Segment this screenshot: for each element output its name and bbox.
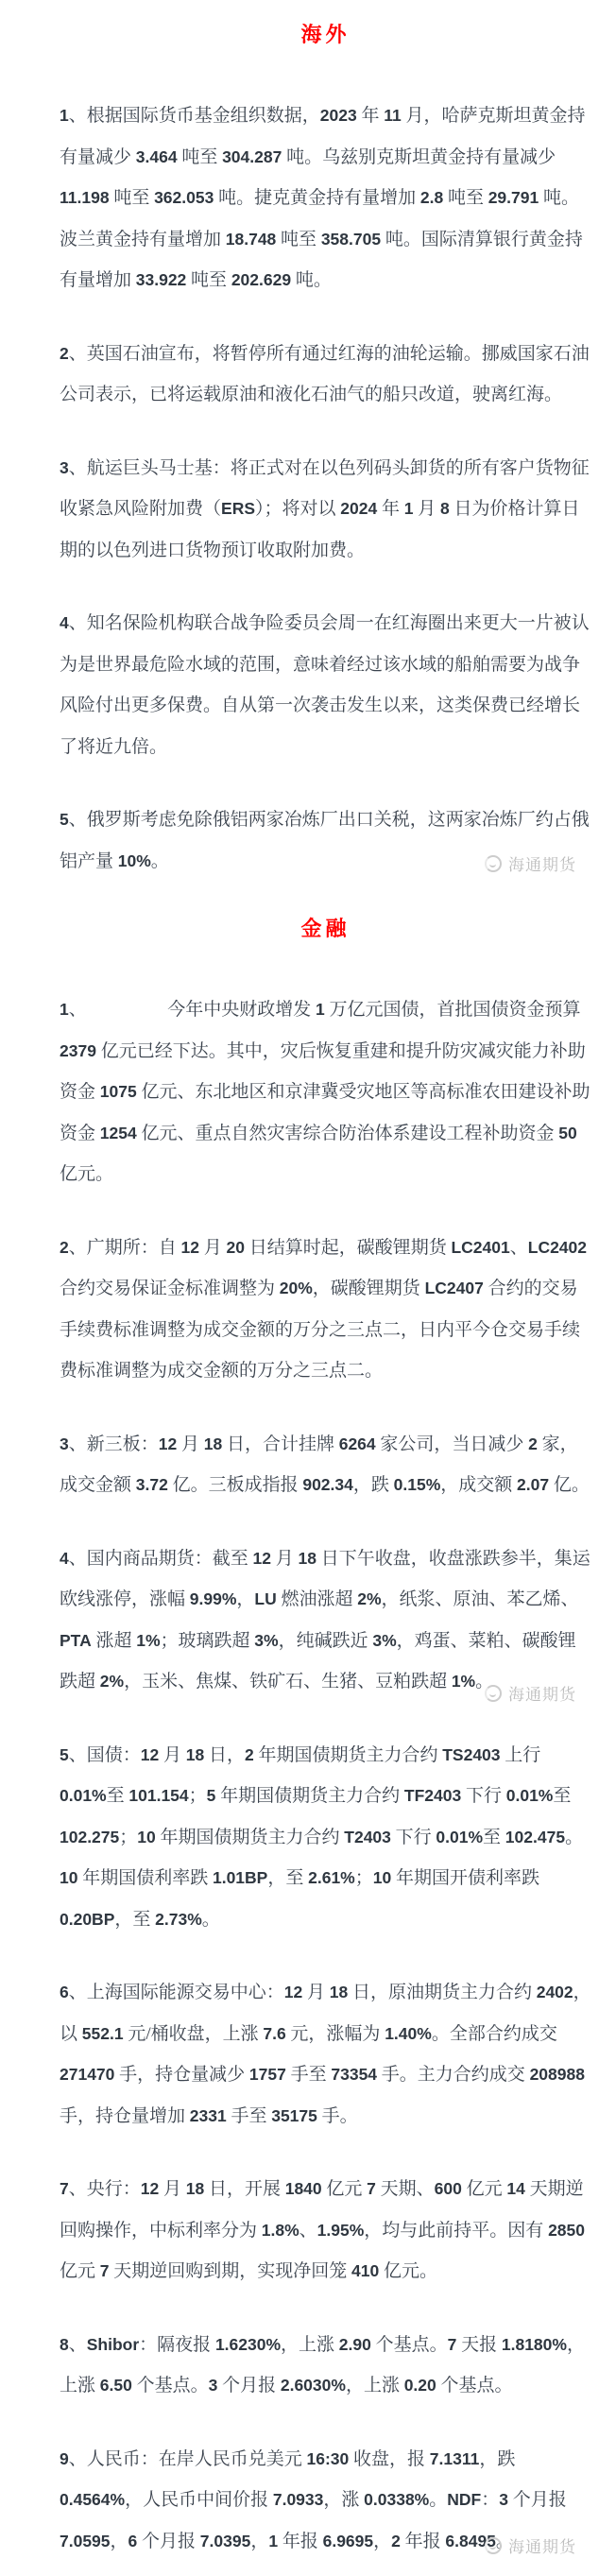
overseas-item-4: 4、知名保险机构联合战争险委员会周一在红海圈出来更大一片被认为是世界最危险水域的… bbox=[60, 603, 591, 767]
finance-item-7: 7、央行：12 月 18 日，开展 1840 亿元 7 天期、600 亿元 14… bbox=[60, 2169, 591, 2293]
finance-item-1: 1、 今年中央财政增发 1 万亿元国债，首批国债资金预算 2379 亿元已经下达… bbox=[60, 989, 591, 1195]
finance-item-8: 8、Shibor：隔夜报 1.6230%，上涨 2.90 个基点。7 天报 1.… bbox=[60, 2325, 591, 2407]
section-title-overseas: 海外 bbox=[60, 20, 591, 50]
watermark: 海通期货 bbox=[485, 1681, 576, 1705]
haitong-logo-icon bbox=[485, 2537, 502, 2554]
watermark-label: 海通期货 bbox=[508, 1681, 576, 1705]
watermark: 海通期货 bbox=[485, 2533, 576, 2557]
finance-item-3: 3、新三板：12 月 18 日，合计挂牌 6264 家公司，当日减少 2 家，成… bbox=[60, 1424, 591, 1506]
watermark: 海通期货 bbox=[485, 851, 576, 875]
section-title-finance: 金融 bbox=[60, 914, 591, 944]
finance-item-5: 5、国债：12 月 18 日，2 年期国债期货主力合约 TS2403 上行 0.… bbox=[60, 1735, 591, 1941]
report-document: 海外 1、根据国际货币基金组织数据，2023 年 11 月，哈萨克斯坦黄金持有量… bbox=[0, 0, 616, 2576]
overseas-item-1: 1、根据国际货币基金组织数据，2023 年 11 月，哈萨克斯坦黄金持有量减少 … bbox=[60, 95, 591, 301]
watermark-label: 海通期货 bbox=[508, 851, 576, 875]
finance-item-2: 2、广期所：自 12 月 20 日结算时起，碳酸锂期货 LC2401、LC240… bbox=[60, 1228, 591, 1392]
finance-item-6: 6、上海国际能源交易中心：12 月 18 日，原油期货主力合约 2402，以 5… bbox=[60, 1972, 591, 2137]
finance-item-4: 4、国内商品期货：截至 12 月 18 日下午收盘，收盘涨跌参半，集运欧线涨停，… bbox=[60, 1538, 591, 1703]
overseas-item-3: 3、航运巨头马士基：将正式对在以色列码头卸货的所有客户货物征收紧急风险附加费（E… bbox=[60, 448, 591, 572]
haitong-logo-icon bbox=[485, 1685, 502, 1702]
overseas-item-2: 2、英国石油宣布，将暂停所有通过红海的油轮运输。挪威国家石油公司表示，已将运载原… bbox=[60, 334, 591, 416]
watermark-label: 海通期货 bbox=[508, 2533, 576, 2557]
haitong-logo-icon bbox=[485, 855, 502, 872]
